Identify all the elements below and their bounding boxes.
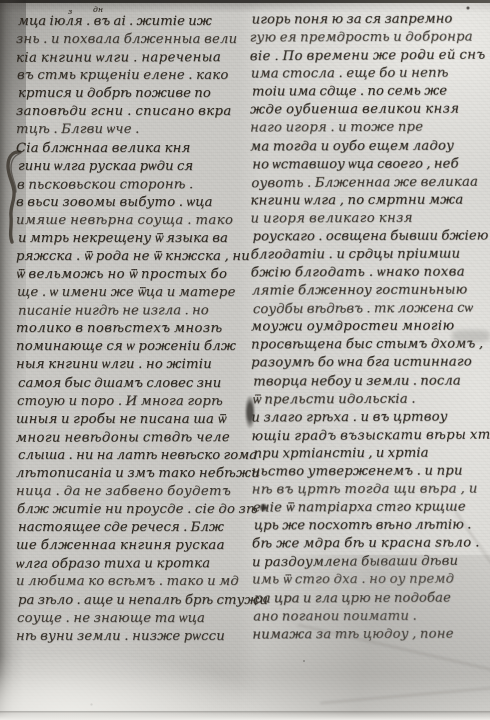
manuscript-line: ныя кнгини ѡлги . но жітіи [16,356,244,374]
manuscript-line: ще . ѡ имени же ѿца и матере [17,284,244,302]
manuscript-line: шныя и гробы не писана ша ѿ [16,411,244,429]
manuscript-line: нѣ вуни земли . низже рѡсси [16,628,244,646]
manuscript-line: лѣтописаніа и змъ тако небѣжи [16,465,244,483]
crease-line [320,686,490,704]
manuscript-line: кіа кнгини ѡлги . нареченыа [16,49,244,68]
manuscript-line: жде оубиенша великои кнзя [250,101,478,120]
text-column-left: мца іюля . въ аі . житіе ижзнь . и похва… [16,13,244,646]
manuscript-line: мца іюля . въ аі . житіе иж [18,13,244,31]
manuscript-line: соуще . не знающе та ѡца [17,610,244,628]
manuscript-line: ѿ прельсти идольскіа . [252,390,479,409]
manuscript-line: писаніе нигдѣ не изгла . но [18,302,244,321]
manuscript-line: и игоря великаго кнзя [250,209,478,228]
manuscript-line: црь же посхотѣ вѣно лѣтію . [254,517,480,536]
ink-spot [303,660,305,662]
superscript-abbreviation: дн [93,5,103,14]
manuscript-line: толико в повѣстехъ мнозѣ [16,320,244,338]
manuscript-line: многи невѣдоны ствдѣ челе [16,429,244,448]
manuscript-line: имяше невѣрна соуща . тако [16,212,244,230]
manuscript-line: ра цра и гла црю не подобае [254,589,480,608]
manuscript-line: кртися и добрѣ поживе по [18,85,244,103]
manuscript-line: ряжска . ѿ рода не ѿ кнжска , ни [16,248,244,266]
manuscript-line: има стосла . еще бо и непѣ [251,65,478,84]
manuscript-line: поминающе ся ѡ роженіи блж [16,338,244,356]
manuscript-line: и раздоумлена бываши дѣви [252,553,480,573]
manuscript-line: тоіи има сдще . по семь же [252,83,478,102]
manuscript-line: в пьсковьскои сторонѣ . [17,176,244,195]
manuscript-line: и мтрь некрещену ѿ языка ва [18,230,244,248]
manuscript-line: заповѣди гсни . списано вкра [16,103,244,121]
manuscript-line: моужи оумдростеи многію [251,318,479,337]
ink-spot [466,6,470,10]
manuscript-line: гини ѡлга рускаа рѡди ся [18,158,244,176]
manuscript-line: віе . По времени же роди ей снъ [250,47,478,67]
manuscript-line: самоя быс дшамъ словес зни [18,375,244,393]
manuscript-line: роускаго . освщена бывши бжіею [253,227,479,246]
manuscript-line: при хртіанстіи , и хртіа [254,444,480,463]
manuscript-line: гую ея премдрость и добронра [250,29,478,48]
manuscript-line: настоящее сде речеся . Блж [18,519,244,537]
manuscript-line: но ѡставшоу ѡца своего , неб [252,155,478,174]
manuscript-line: блж житіе ни проусде . сіе до зѣ [17,501,244,519]
manuscript-line: нѣ въ цртѣ тогда щи вѣра , и [252,481,480,500]
manuscript-line: ма тогда и оубо ещем ладоу [250,137,478,156]
manuscript-line: слыша . ни на латѣ невѣско гома [18,447,244,465]
manuscript-photo: мца іюля . въ аі . житіе ижзнь . и похва… [0,0,490,720]
manuscript-line: ница . да не забвено боудетъ [16,483,244,501]
manuscript-line: въ стмь крщеніи елене . како [17,67,244,85]
manuscript-line: ющіи градъ възыскати вѣры хты . [251,426,479,446]
manuscript-line: и любима ко всѣмъ . тако и мд [16,573,244,591]
manuscript-line: ѡлга образо тиха и кротка [16,555,244,574]
manuscript-line: соудбы вѣдѣвъ . тк ложена сѡ [253,300,479,320]
manuscript-line: имь ѿ стго дха . но оу премд [252,571,480,590]
photo-top-border [0,0,490,3]
ink-spot [90,703,93,706]
manuscript-line: Сіа блжннаа велика кня [16,140,244,158]
manuscript-line: просвѣщена быс стымъ дхомъ , [251,336,479,355]
manuscript-line: наго игоря . и тоже пре [250,119,478,138]
manuscript-line: игорь поня ю за ся запремно [252,11,478,30]
photo-bottom-border [0,711,490,720]
manuscript-line: стоую и поро . И многа горѣ [17,393,244,411]
manuscript-line: творца небоу и земли . посла [253,372,479,391]
manuscript-line: блгодатіи . и срдцы пріимши [251,246,479,265]
manuscript-line: тцѣ . Блгви ѡче . [16,121,244,139]
manuscript-line: и злаго грѣха . и въ цртвоу [251,408,479,427]
manuscript-line: разоумѣ бо ѡна бга истиннаго [251,354,479,373]
manuscript-line: лятіе блженноу гостиньныю [252,282,479,301]
manuscript-line: нимажа за тѣ цюдоу , поне [252,625,480,644]
text-column-right: игорь поня ю за ся запремногую ея премдр… [250,11,481,645]
manuscript-line: ѿ вельможь но ѿ простых бо [16,266,244,284]
manuscript-line: ра зѣло . аще и непалѣ брѣ стужи [18,592,244,610]
manuscript-line: бѣ же мдра бѣ и красна sѣло . [252,535,480,554]
superscript-abbreviation: з [68,7,72,16]
manuscript-line: кнгини ѡлга , по смртни мжа [250,191,478,210]
manuscript-line: бжію блгодать . ѡнако похва [251,264,479,283]
manuscript-line: знь . и похвала блженныа вели [16,31,244,49]
manuscript-line: ше блженнаа кнгиня рускаа [16,537,244,555]
manuscript-line: ано поганои поимати . [253,607,480,626]
manuscript-line: ньство утверженемъ . и при [252,462,480,481]
manuscript-line: еніе ѿ патріарха стго крщше [253,499,480,518]
manuscript-line: в вьси зовомы выбуто . ѡца [16,194,244,212]
manuscript-line: оувоть . Блженнаа же великаа [251,173,478,193]
